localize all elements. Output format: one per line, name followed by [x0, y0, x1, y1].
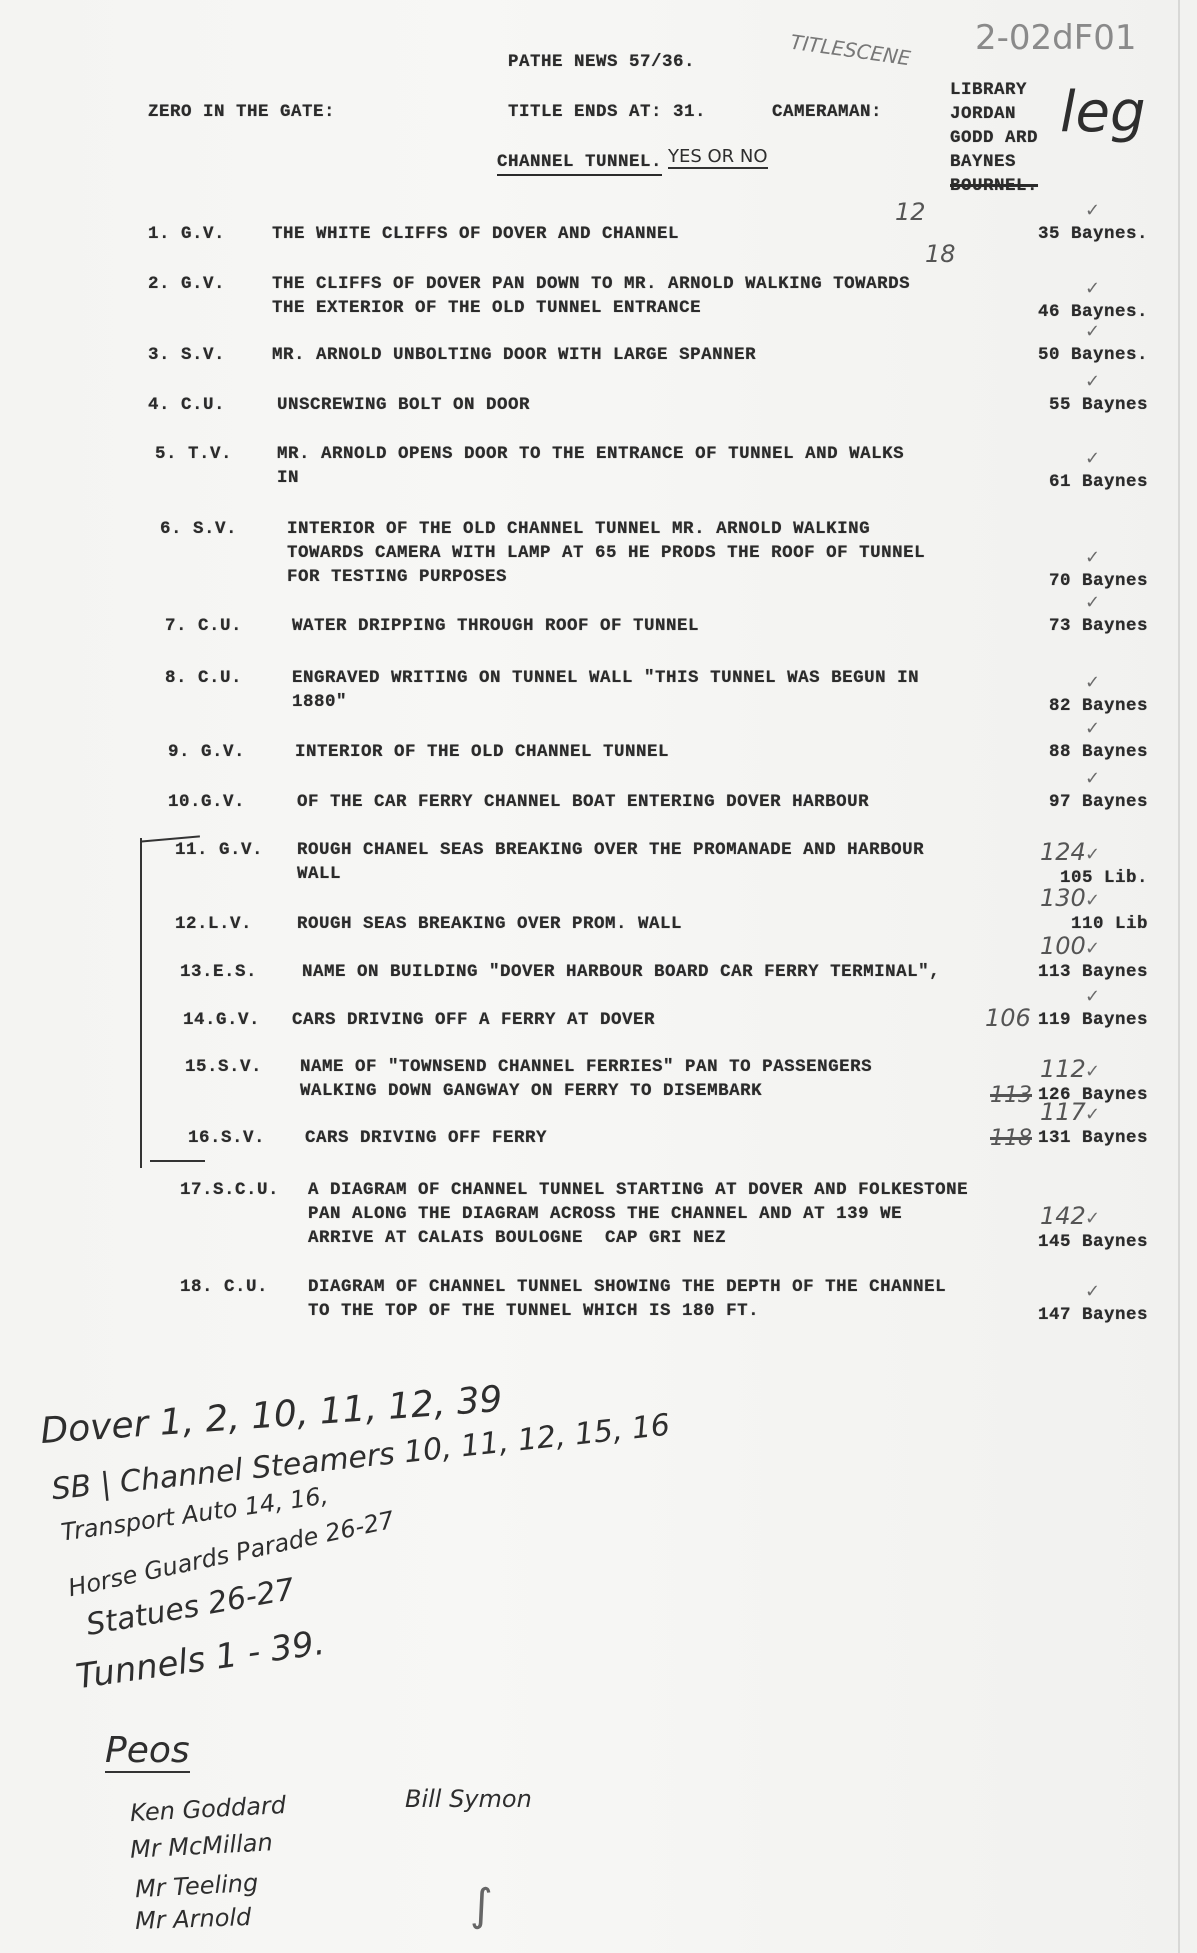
shot-footage: 147 Baynes — [1038, 1303, 1148, 1327]
shot-description: WATER DRIPPING THROUGH ROOF OF TUNNEL — [292, 614, 699, 638]
shot-description: OF THE CAR FERRY CHANNEL BOAT ENTERING D… — [297, 790, 869, 814]
shot-footage: 113 Baynes — [1038, 960, 1148, 984]
shot-description: MR. ARNOLD OPENS DOOR TO THE ENTRANCE OF… — [277, 442, 904, 490]
handwritten-footage: 18 — [925, 240, 956, 268]
check-mark-icon: ✓ — [1085, 321, 1100, 342]
shot-description: NAME OF "TOWNSEND CHANNEL FERRIES" PAN T… — [300, 1055, 872, 1103]
shot-footage: 50 Baynes. — [1038, 343, 1148, 367]
handwritten-footage: 106 — [985, 1004, 1031, 1032]
shot-number: 9. G.V. — [168, 740, 245, 764]
check-mark-icon: ✓ — [1085, 890, 1100, 911]
story-annotation: YES OR NO — [668, 146, 768, 169]
cameraman-baynes: BAYNES — [950, 150, 1016, 174]
handwritten-footage-struck: 118 — [990, 1126, 1032, 1151]
shot-description: NAME ON BUILDING "DOVER HARBOUR BOARD CA… — [302, 960, 940, 984]
signature-mark: ∫ — [470, 1880, 493, 1931]
title-ends-label: TITLE ENDS AT: 31. — [508, 100, 706, 124]
handwritten-footage: 142 — [1040, 1202, 1086, 1230]
bracket-annotation-bottom — [150, 1160, 205, 1162]
handwritten-footage: 124 — [1040, 838, 1086, 866]
person-arnold: Mr Arnold — [135, 1903, 252, 1935]
check-mark-icon: ✓ — [1085, 1208, 1100, 1229]
check-mark-icon: ✓ — [1085, 200, 1100, 221]
shot-description: INTERIOR OF THE OLD CHANNEL TUNNEL MR. A… — [287, 517, 925, 589]
check-mark-icon: ✓ — [1085, 547, 1100, 568]
shot-number: 7. C.U. — [165, 614, 242, 638]
person-mcmillan: Mr McMillan — [129, 1828, 273, 1863]
handwritten-footage: 117 — [1040, 1098, 1086, 1126]
shot-number: 6. S.V. — [160, 517, 237, 541]
check-mark-icon: ✓ — [1085, 592, 1100, 613]
shot-footage: 55 Baynes — [1049, 393, 1148, 417]
shot-number: 11. G.V. — [175, 838, 263, 862]
handwritten-footage: 12 — [895, 198, 926, 226]
check-mark-icon: ✓ — [1085, 1061, 1100, 1082]
shot-description: ENGRAVED WRITING ON TUNNEL WALL "THIS TU… — [292, 666, 919, 714]
shot-footage: 145 Baynes — [1038, 1230, 1148, 1254]
check-mark-icon: ✓ — [1085, 371, 1100, 392]
cameraman-library: LIBRARY — [950, 78, 1027, 102]
check-mark-icon: ✓ — [1085, 718, 1100, 739]
check-mark-icon: ✓ — [1085, 986, 1100, 1007]
shot-description: A DIAGRAM OF CHANNEL TUNNEL STARTING AT … — [308, 1178, 968, 1250]
person-bill-symon: Bill Symon — [405, 1785, 532, 1813]
handwritten-footage: 112 — [1040, 1055, 1086, 1083]
shot-number: 3. S.V. — [148, 343, 225, 367]
bracket-annotation — [140, 838, 142, 1168]
handwritten-footage: 100 — [1040, 932, 1086, 960]
shot-number: 1. G.V. — [148, 222, 225, 246]
shot-description: CARS DRIVING OFF FERRY — [305, 1126, 547, 1150]
check-mark-icon: ✓ — [1085, 1104, 1100, 1125]
shot-number: 14.G.V. — [183, 1008, 260, 1032]
person-ken-goddard: Ken Goddard — [129, 1791, 286, 1827]
shot-number: 17.S.C.U. — [180, 1178, 279, 1202]
story-title: CHANNEL TUNNEL. — [497, 150, 662, 176]
document-title: PATHE NEWS 57/36. — [508, 50, 695, 74]
shot-footage: 61 Baynes — [1049, 470, 1148, 494]
cameraman-goddard: GODD ARD — [950, 126, 1038, 150]
check-mark-icon: ✓ — [1085, 278, 1100, 299]
initials-annotation: leg — [1060, 80, 1146, 145]
shot-footage: 131 Baynes — [1038, 1126, 1148, 1150]
shot-number: 2. G.V. — [148, 272, 225, 296]
shot-footage: 82 Baynes — [1049, 694, 1148, 718]
shot-number: 16.S.V. — [188, 1126, 265, 1150]
shot-footage: 97 Baynes — [1049, 790, 1148, 814]
shot-footage: 119 Baynes — [1038, 1008, 1148, 1032]
shot-footage: 70 Baynes — [1049, 569, 1148, 593]
person-teeling: Mr Teeling — [134, 1869, 259, 1903]
handwritten-footage-struck: 113 — [990, 1083, 1032, 1108]
cameraman-label: CAMERAMAN: — [772, 100, 882, 124]
check-mark-icon: ✓ — [1085, 448, 1100, 469]
check-mark-icon: ✓ — [1085, 672, 1100, 693]
check-mark-icon: ✓ — [1085, 1281, 1100, 1302]
shot-description: MR. ARNOLD UNBOLTING DOOR WITH LARGE SPA… — [272, 343, 756, 367]
shot-number: 5. T.V. — [155, 442, 232, 466]
shot-number: 18. C.U. — [180, 1275, 268, 1299]
shot-description: INTERIOR OF THE OLD CHANNEL TUNNEL — [295, 740, 669, 764]
shot-number: 12.L.V. — [175, 912, 252, 936]
people-heading: Peos — [105, 1730, 190, 1773]
cameraman-jordan: JORDAN — [950, 102, 1016, 126]
shot-number: 13.E.S. — [180, 960, 257, 984]
cameraman-struck: BOURNEL. — [950, 174, 1038, 198]
shot-footage: 88 Baynes — [1049, 740, 1148, 764]
shot-description: THE WHITE CLIFFS OF DOVER AND CHANNEL — [272, 222, 679, 246]
reference-number: 2-02dF01 — [975, 18, 1137, 58]
shot-description: CARS DRIVING OFF A FERRY AT DOVER — [292, 1008, 655, 1032]
shot-footage: 35 Baynes. — [1038, 222, 1148, 246]
shot-description: UNSCREWING BOLT ON DOOR — [277, 393, 530, 417]
document-page: PATHE NEWS 57/36. TITLESCENE 2-02dF01 ZE… — [0, 0, 1180, 1953]
check-mark-icon: ✓ — [1085, 938, 1100, 959]
shot-number: 15.S.V. — [185, 1055, 262, 1079]
check-mark-icon: ✓ — [1085, 844, 1100, 865]
shot-number: 4. C.U. — [148, 393, 225, 417]
shot-description: DIAGRAM OF CHANNEL TUNNEL SHOWING THE DE… — [308, 1275, 946, 1323]
titlescene-annotation: TITLESCENE — [789, 30, 912, 71]
zero-in-gate-label: ZERO IN THE GATE: — [148, 100, 335, 124]
shot-number: 10.G.V. — [168, 790, 245, 814]
check-mark-icon: ✓ — [1085, 768, 1100, 789]
shot-description: ROUGH CHANEL SEAS BREAKING OVER THE PROM… — [297, 838, 924, 886]
shot-description: ROUGH SEAS BREAKING OVER PROM. WALL — [297, 912, 682, 936]
shot-footage: 73 Baynes — [1049, 614, 1148, 638]
shot-number: 8. C.U. — [165, 666, 242, 690]
shot-description: THE CLIFFS OF DOVER PAN DOWN TO MR. ARNO… — [272, 272, 910, 320]
handwritten-footage: 130 — [1040, 884, 1086, 912]
